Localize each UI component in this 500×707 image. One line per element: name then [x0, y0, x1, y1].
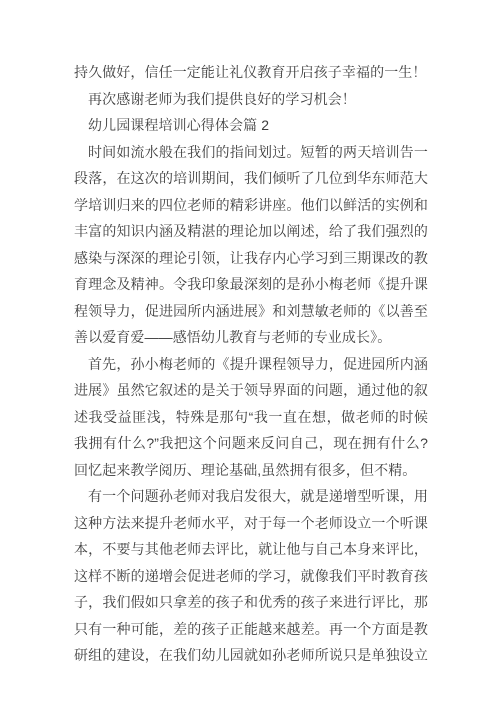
- text-line: 首先，孙小梅老师的《提升课程领导力，促进园所内涵: [74, 351, 428, 378]
- text-line: 程领导力，促进园所内涵进展》和刘慧敏老师的《以善至: [74, 298, 428, 325]
- text-line: 这种方法来提升老师水平，对于每一个老师设立一个听课: [74, 510, 428, 537]
- text-line: 研组的建设，在我们幼儿园就如孙老师所说只是单独设立: [74, 642, 428, 669]
- text-line: 我拥有什么?”我把这个问题来反问自己，现在拥有什么?: [74, 430, 428, 457]
- text-line: 本，不要与其他老师去评比，就让他与自己本身来评比，: [74, 536, 428, 563]
- text-line: 子，我们假如只拿差的孩子和优秀的孩子来进行评比，那: [74, 589, 428, 616]
- text-line: 持久做好，信任一定能让礼仪教育开启孩子幸福的一生！: [74, 59, 428, 86]
- text-line: 育理念及精神。令我印象最深刻的是孙小梅老师《提升课: [74, 271, 428, 298]
- document-page: 持久做好，信任一定能让礼仪教育开启孩子幸福的一生！再次感谢老师为我们提供良好的学…: [0, 0, 500, 707]
- text-line: 丰富的知识内涵及精湛的理论加以阐述，给了我们强烈的: [74, 218, 428, 245]
- text-line: 感染与深深的理论引领，让我存内心学习到三期课改的教: [74, 245, 428, 272]
- section-heading: 幼儿园课程培训心得体会篇 2: [74, 112, 428, 139]
- text-line: 只有一种可能，差的孩子正能越来越差。再一个方面是教: [74, 616, 428, 643]
- text-line: 时间如流水般在我们的指间划过。短暂的两天培训告一: [74, 139, 428, 166]
- document-text-block: 持久做好，信任一定能让礼仪教育开启孩子幸福的一生！再次感谢老师为我们提供良好的学…: [74, 59, 428, 669]
- text-line: 善以爱育爱——感悟幼儿教育与老师的专业成长》。: [74, 324, 428, 351]
- text-line: 学培训归来的四位老师的精彩讲座。他们以鲜活的实例和: [74, 192, 428, 219]
- text-line: 有一个问题孙老师对我启发很大，就是递增型听课，用: [74, 483, 428, 510]
- text-line: 述我受益匪浅，特殊是那句“我一直在想，做老师的时候: [74, 404, 428, 431]
- text-line: 回忆起来教学阅历、理论基础,虽然拥有很多，但不精。: [74, 457, 428, 484]
- text-line: 段落，在这次的培训期间，我们倾听了几位到华东师范大: [74, 165, 428, 192]
- text-line: 再次感谢老师为我们提供良好的学习机会！: [74, 86, 428, 113]
- text-line: 这样不断的递增会促进老师的学习，就像我们平时教育孩: [74, 563, 428, 590]
- text-line: 进展》虽然它叙述的是关于领导界面的问题，通过他的叙: [74, 377, 428, 404]
